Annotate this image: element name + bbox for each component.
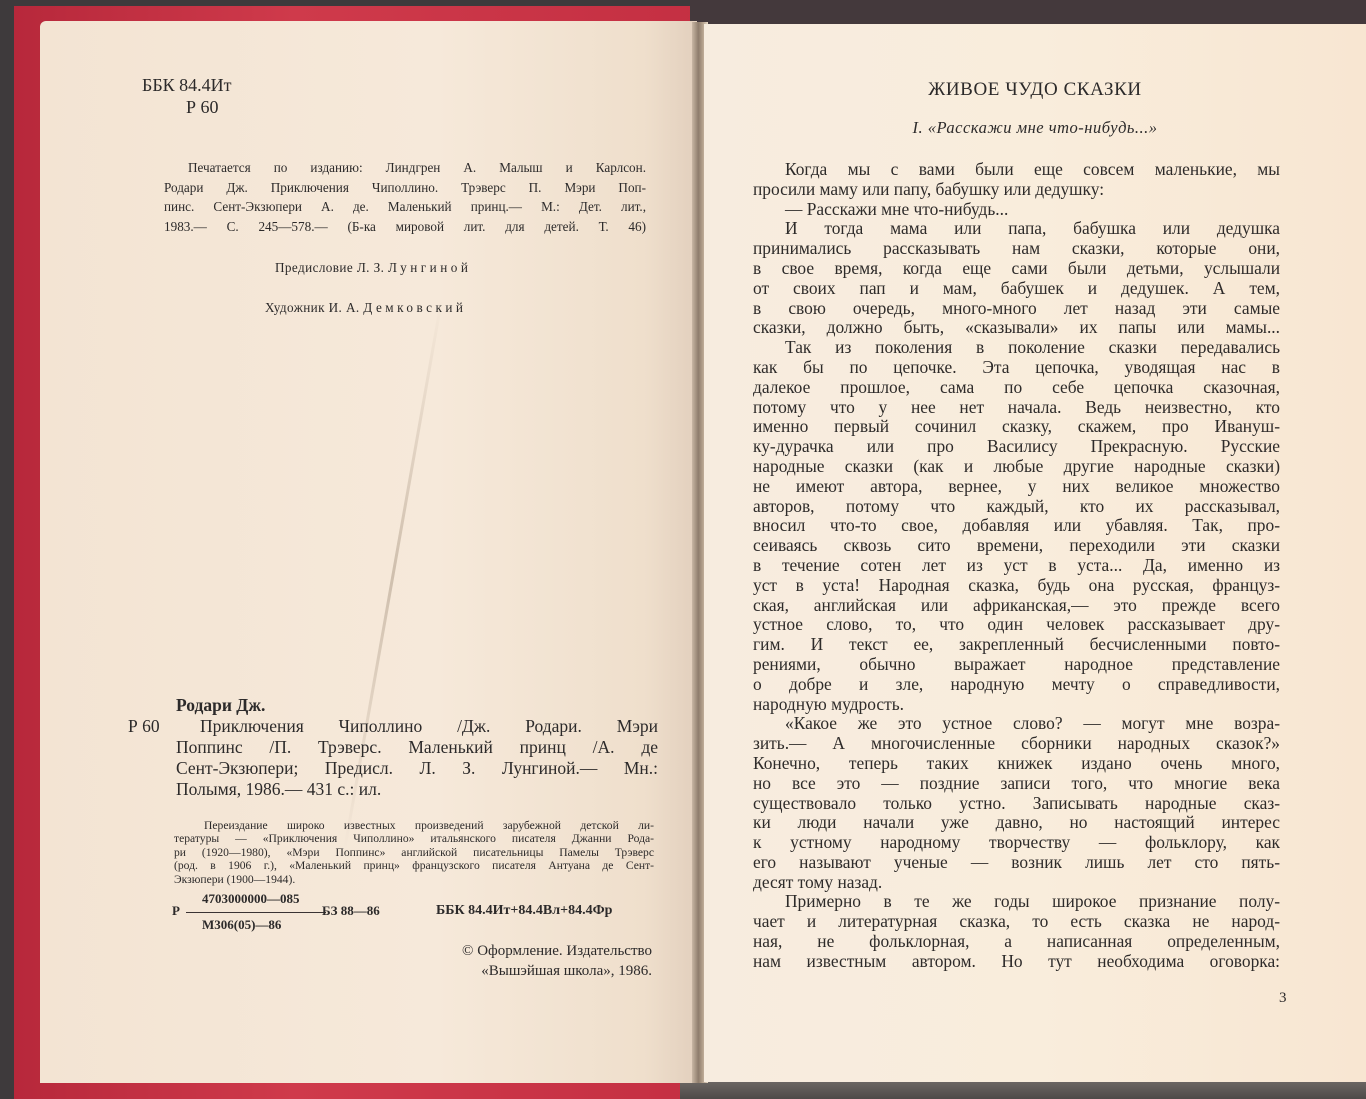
annotation-line: (род. в 1906 г.), «Маленький принц» фран… [174,859,654,872]
text-line: народные сказки (как и любые другие наро… [753,457,1280,477]
preface-name: Лунгиной [388,260,471,275]
text-line: ку-дурачка или про Василису Прекрасную. … [753,437,1280,457]
text-line: принимались рассказывать нам сказки, кот… [753,239,1280,259]
section-title: I. «Расскажи мне что-нибудь...» [704,118,1366,138]
catalog-line: Сент-Экзюпери; Предисл. Л. З. Лунгиной.—… [176,758,658,779]
text-line: И тогда мама или папа, бабушка или дедуш… [753,219,1280,239]
catalog-line: Приключения Чиполлино /Дж. Родари. Мэри [176,716,658,737]
text-line: сеиваясь сквозь сито времени, переходили… [753,536,1280,556]
text-line: ки люди начали уже давно, но настоящий и… [753,813,1280,833]
catalog-line: Полымя, 1986.— 431 с.: ил. [176,779,658,800]
text-line: ская, английская или африканская,— это п… [753,596,1280,616]
bbk-author-code: Р 60 [186,96,219,118]
text-line: рениями, обычно выражает народное предст… [753,655,1280,675]
text-line: существовало только устно. Записывать на… [753,794,1280,814]
text-line: зить.— А многочисленные сборники народны… [753,734,1280,754]
text-line: Конечно, теперь таких книжек издано очен… [753,754,1280,774]
text-line: его называют ученые — возник лишь лет ст… [753,853,1280,873]
text-line: потому что у нее нет начала. Ведь неизве… [753,398,1280,418]
text-line: Примерно в те же годы широкое признание … [753,892,1280,912]
catalog-author: Родари Дж. [176,695,658,716]
text-line: народную мудрость. [753,695,1280,715]
text-line: чает и литературная сказка, то есть сказ… [753,912,1280,932]
source-line: 1983.— С. 245—578.— (Б-ка мировой лит. д… [164,217,646,237]
text-line: далекое прошлое, сама по себе цепочка ск… [753,378,1280,398]
copyright-line: «Вышэйшая школа», 1986. [410,961,652,981]
text-line: нам известным автором. Но тут необходима… [753,952,1280,972]
text-line: просили маму или папу, бабушку или дедуш… [753,180,1280,200]
catalog-index: Р 60 [128,716,176,737]
text-line: авторов, потому что каждый, кто их расск… [753,497,1280,517]
background-dark-bottom [680,1081,1366,1099]
index-numerator: 4703000000—085 [202,891,300,907]
text-line: устное слово, то, что один человек расск… [753,615,1280,635]
text-line: сказки, должно быть, «сказывали» их папы… [753,318,1280,338]
text-line: вносил что-то свое, добавляя или убавляя… [753,516,1280,536]
text-line: именно первый сочинил сказку, скажем, пр… [753,417,1280,437]
text-line: но все это — поздние записи того, что мн… [753,774,1280,794]
artist-label: Художник И. А. [265,300,360,315]
body-text: Когда мы с вами были еще совсем маленьки… [753,160,1280,972]
text-line: ная, не фольклорная, а написанная опреде… [753,932,1280,952]
text-line: в течение сотен лет из уст в уста... Да,… [753,556,1280,576]
text-line: к устному народному творчеству — фолькло… [753,833,1280,853]
text-line: Так из поколения в поколение сказки пере… [753,338,1280,358]
annotation-line: тературы — «Приключения Чиполлино» италь… [174,832,654,845]
source-line: Родари Дж. Приключения Чиполлино. Трэвер… [164,178,646,198]
artist-credit: Художник И. А. Демковский [265,300,467,316]
background-dark-top [690,0,1366,24]
fraction-bar [186,912,326,913]
page-number: 3 [1279,990,1287,1007]
source-line: Печатается по изданию: Линдгрен А. Малыш… [164,158,646,178]
source-edition-note: Печатается по изданию: Линдгрен А. Малыш… [164,158,646,236]
bbk-header: ББК 84.4Ит [142,74,232,96]
text-line: уст в уста! Народная сказка, будь она ру… [753,576,1280,596]
library-catalog-card: Родари Дж. Р 60 Приключения Чиполлино /Д… [128,695,658,800]
annotation-line: Переиздание широко известных произведени… [174,819,654,832]
copyright-line: © Оформление. Издательство [410,941,652,961]
preface-credit: Предисловие Л. З. Лунгиной [275,260,471,276]
index-prefix: Р [172,903,180,919]
text-line: в свою очередь, много-много лет назад эт… [753,299,1280,319]
preface-label: Предисловие Л. З. [275,260,384,275]
artist-name: Демковский [363,300,466,315]
text-line: о добре и зле, народную мечту о справедл… [753,675,1280,695]
chapter-title: ЖИВОЕ ЧУДО СКАЗКИ [704,79,1366,101]
text-line: не имеют автора, вернее, у них великое м… [753,477,1280,497]
catalog-first-row: Р 60 Приключения Чиполлино /Дж. Родари. … [128,716,658,737]
text-line: от своих пап и мам, бабушек и дедушек. А… [753,279,1280,299]
text-line: в свое время, когда еще сами были детьми… [753,259,1280,279]
annotation-line: ри (1920—1980), «Мэри Поппинс» английско… [174,846,654,859]
bz-code: БЗ 88—86 [322,903,380,919]
text-line: «Какое же это устное слово? — могут мне … [753,714,1280,734]
bbk-classification-bottom: ББК 84.4Ит+84.4Вл+84.4Фр [436,903,612,919]
text-line: — Расскажи мне что-нибудь... [753,200,1280,220]
copyright-notice: © Оформление. Издательство «Вышэйшая шко… [410,941,652,981]
index-denominator: М306(05)—86 [202,917,281,933]
text-line: Когда мы с вами были еще совсем маленьки… [753,160,1280,180]
text-line: десят тому назад. [753,873,1280,893]
book-annotation: Переиздание широко известных произведени… [174,819,654,886]
source-line: пинс. Сент-Экзюпери А. де. Маленький при… [164,197,646,217]
text-line: гим. И текст ее, закрепленный бесчисленн… [753,635,1280,655]
annotation-line: Экзюпери (1900—1944). [174,873,654,886]
text-line: как бы по цепочке. Эта цепочка, уводящая… [753,358,1280,378]
catalog-line: Поппинс /П. Трэверс. Маленький принц /А.… [176,737,658,758]
